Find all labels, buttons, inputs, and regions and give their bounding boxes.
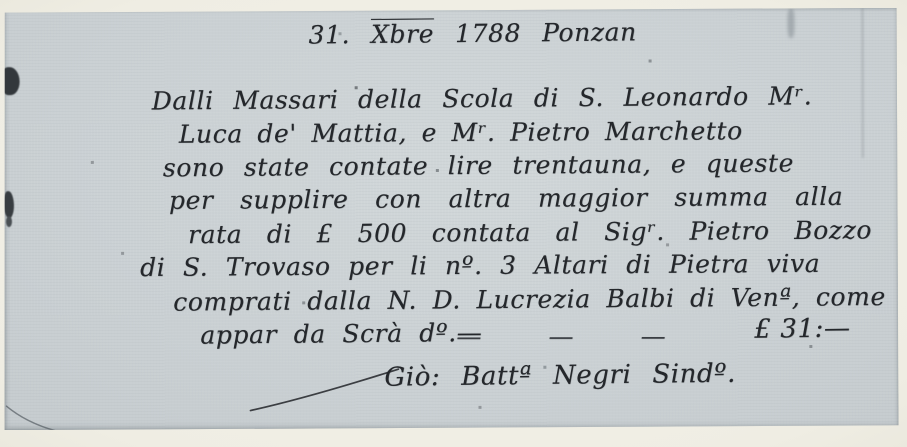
handwritten-line: sono state contate lire trentauna, e que… bbox=[163, 148, 794, 182]
book-page: 31. Xbre 1788 Ponzan Dalli Massari della… bbox=[0, 0, 907, 447]
date-place: Ponzan bbox=[542, 17, 637, 47]
closing-line-dashes: — — — bbox=[456, 321, 666, 351]
paper-specks bbox=[3, 10, 4, 11]
date-year: 1788 bbox=[455, 18, 521, 48]
date-day: 31. bbox=[308, 20, 350, 49]
photo-of-document: 31. Xbre 1788 Ponzan Dalli Massari della… bbox=[3, 8, 898, 430]
handwritten-line: di S. Trovaso per li nº. 3 Altari di Pie… bbox=[140, 249, 820, 282]
handwritten-line: comprati dalla N. D. Lucrezia Balbi di V… bbox=[173, 282, 886, 317]
handwritten-line: per supplire con altra maggior summa all… bbox=[169, 182, 843, 215]
date-month: Xbre bbox=[371, 19, 434, 49]
date-line: 31. Xbre 1788 Ponzan bbox=[308, 17, 637, 49]
closing-line-text: appar da Scrà dº.— bbox=[200, 318, 482, 350]
signature: Giò: Battª Negri Sindº. bbox=[384, 359, 736, 393]
amount-total: £ 31:— bbox=[754, 313, 851, 344]
handwritten-line: Luca de' Mattia, e Mʳ. Pietro Marchetto bbox=[179, 116, 743, 148]
handwritten-line: rata di £ 500 contata al Sigʳ. Pietro Bo… bbox=[188, 215, 872, 249]
handwritten-line: Dalli Massari della Scola di S. Leonardo… bbox=[152, 81, 813, 115]
